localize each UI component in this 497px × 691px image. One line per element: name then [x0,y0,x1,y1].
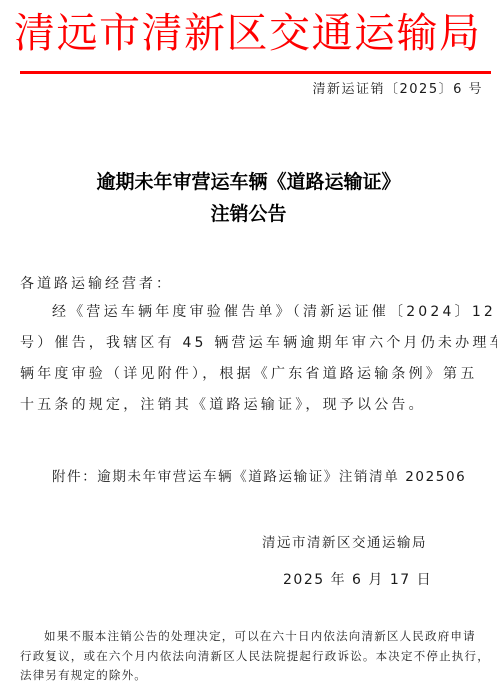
notice-title: 逾期未年审营运车辆《道路运输证》 注销公告 [0,166,497,230]
footnote-line: 法律另有规定的除外。 [20,666,488,686]
issuer-signature: 清远市清新区交通运输局 [262,533,427,553]
footnote-line: 如果不服本注销公告的处理决定，可以在六十日内依法向清新区人民政府申请 [20,627,488,647]
title-line-1: 逾期未年审营运车辆《道路运输证》 [0,166,497,198]
appeal-footnote: 如果不服本注销公告的处理决定，可以在六十日内依法向清新区人民政府申请 行政复议，… [20,627,488,686]
body-paragraph: 经《营运车辆年度审验催告单》（清新运证催〔2024〕12 号）催告，我辖区有 4… [20,297,485,421]
title-line-2: 注销公告 [0,198,497,230]
issue-date: 2025 年 6 月 17 日 [283,570,432,590]
footnote-line: 行政复议，或在六个月内依法向清新区人民法院提起行政诉讼。本决定不停止执行， [20,647,488,667]
letterhead-red-divider [20,71,491,74]
body-line: 十五条的规定，注销其《道路运输证》，现予以公告。 [20,390,485,421]
salutation: 各道路运输经营者： [20,274,485,294]
body-line: 号）催告，我辖区有 45 辆营运车辆逾期年审六个月仍未办理车 [20,328,485,359]
body-line: 辆年度审验（详见附件），根据《广东省道路运输条例》第五 [20,359,485,390]
attachment-reference: 附件：逾期未年审营运车辆《道路运输证》注销清单 202506 [52,467,466,487]
body-line: 经《营运车辆年度审验催告单》（清新运证催〔2024〕12 [20,297,485,328]
document-number: 清新运证销〔2025〕6 号 [313,80,484,100]
letterhead-org-name: 清远市清新区交通运输局 [14,8,488,58]
